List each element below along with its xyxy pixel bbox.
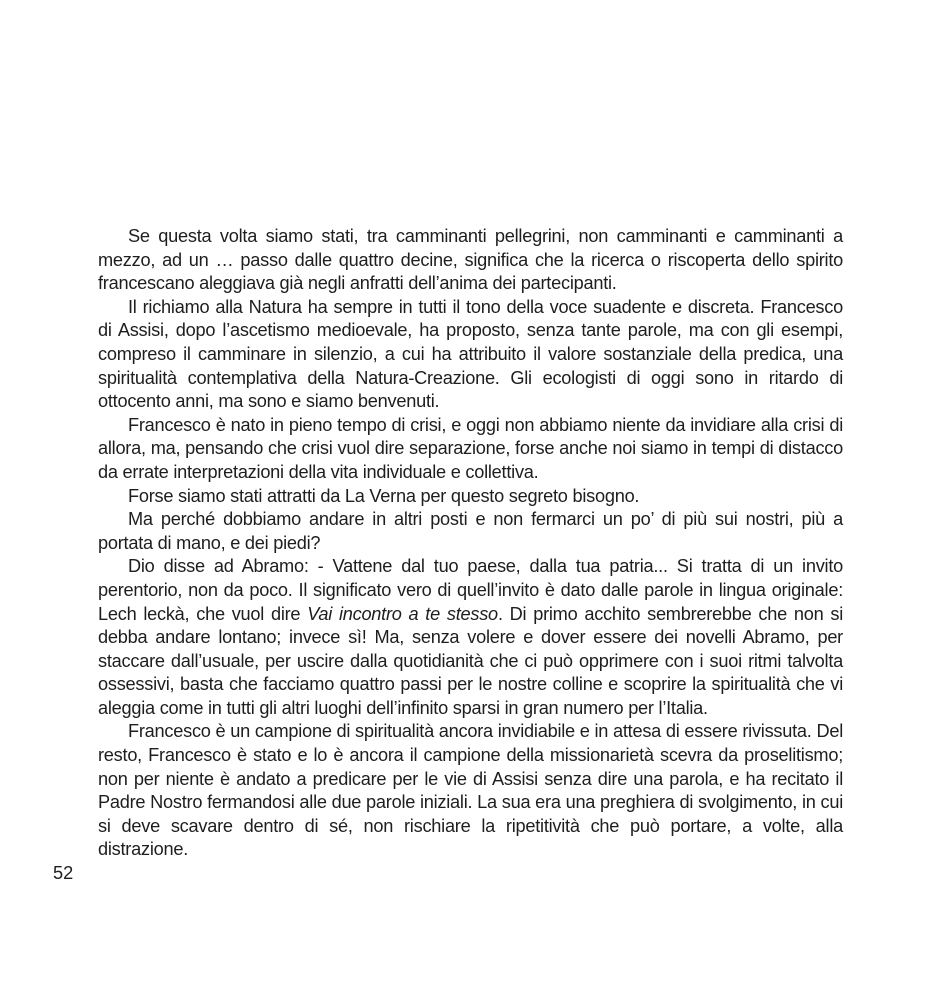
book-page: Se questa volta siamo stati, tra cammina… bbox=[0, 0, 942, 1000]
paragraph-6: Dio disse ad Abramo: - Vattene dal tuo p… bbox=[98, 555, 843, 720]
italic-phrase: Vai incontro a te stesso bbox=[307, 604, 498, 624]
paragraph-4: Forse siamo stati attratti da La Verna p… bbox=[98, 485, 843, 509]
page-number: 52 bbox=[53, 862, 73, 886]
paragraph-2: Il richiamo alla Natura ha sempre in tut… bbox=[98, 296, 843, 414]
paragraph-3: Francesco è nato in pieno tempo di crisi… bbox=[98, 414, 843, 485]
body-text: Se questa volta siamo stati, tra cammina… bbox=[98, 225, 843, 862]
paragraph-7: Francesco è un campione di spiritualità … bbox=[98, 720, 843, 862]
paragraph-5: Ma perché dobbiamo andare in altri posti… bbox=[98, 508, 843, 555]
paragraph-1: Se questa volta siamo stati, tra cammina… bbox=[98, 225, 843, 296]
